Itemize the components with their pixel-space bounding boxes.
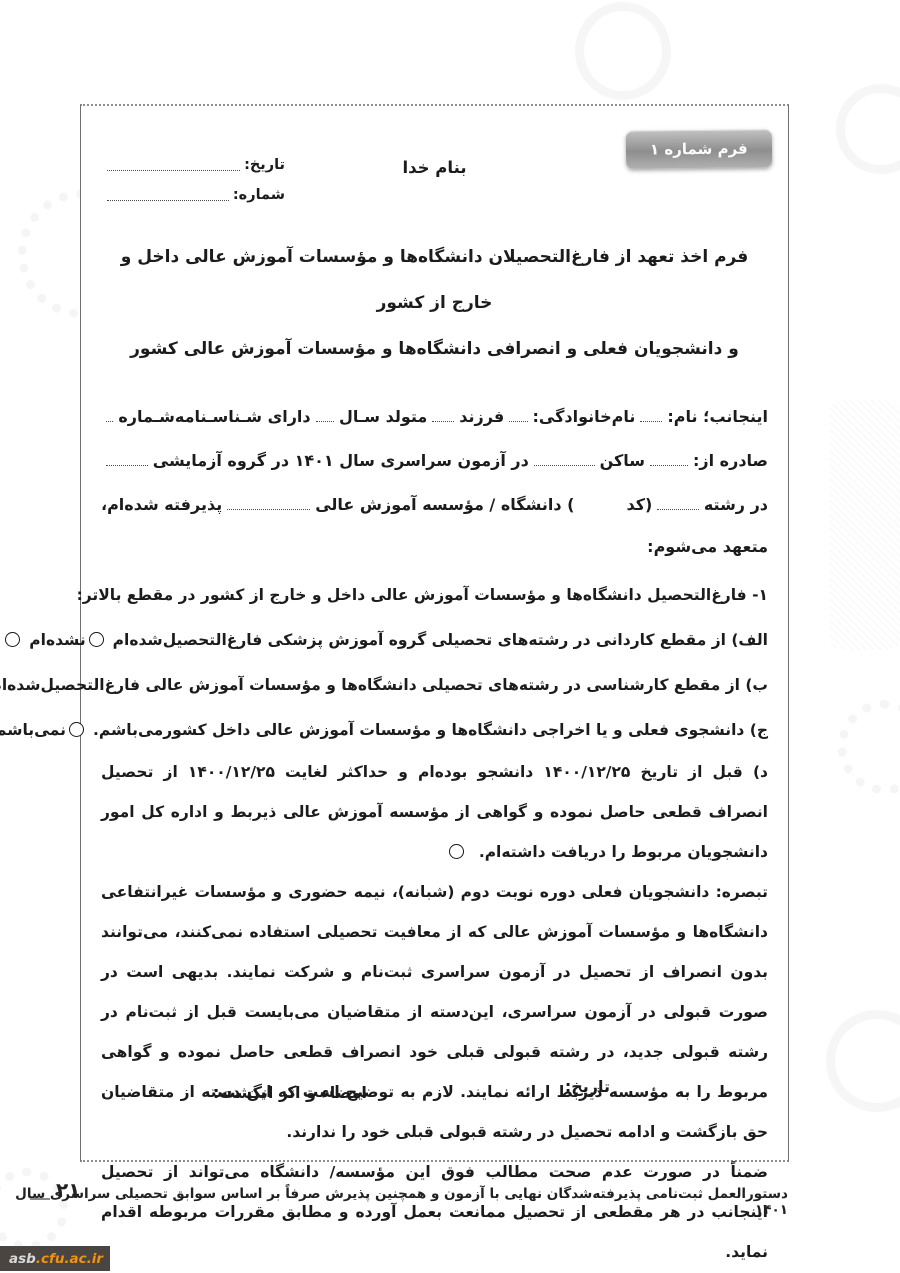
pledge-line: متعهد می‌شوم:: [101, 526, 768, 566]
option-a-yes-checkbox: [89, 632, 104, 647]
identity-row-2: صادره از: ساکن در آزمون سراسری سال ۱۴۰۱ …: [101, 438, 768, 482]
ghost-bleed: [830, 400, 900, 650]
identity-row-3: در رشته (کد ) دانشگاه / مؤسسه آموزش عالی…: [101, 482, 768, 526]
commitment-d-text: د) قبل از تاریخ ۱۴۰۰/۱۲/۲۵ دانشجو بوده‌ا…: [101, 763, 768, 861]
signature-date-label: تاریخ:: [565, 1077, 610, 1096]
form-title-line2: و دانشجویان فعلی و انصرافی دانشگاه‌ها و …: [101, 326, 768, 372]
option-b-text: ب) از مقطع کارشناسی در رشته‌های تحصیلی د…: [41, 676, 768, 694]
family-name-blank-field: [509, 420, 527, 422]
commitment-item-d: د) قبل از تاریخ ۱۴۰۰/۱۲/۲۵ دانشجو بوده‌ا…: [101, 752, 768, 872]
option-c-no-label: نمی‌باشم.: [0, 721, 66, 739]
option-line-c: ج) دانشجوی فعلی و یا اخراجی دانشگاه‌ها و…: [101, 707, 768, 752]
identity-row-1: اینجانب؛ نام: نام‌خانوادگی: فرزند متولد …: [101, 394, 768, 438]
resident-blank-field: [534, 464, 595, 466]
scanned-form-page: { "header": { "badge_label": "فرم شماره …: [0, 0, 900, 1273]
father-name-blank-field: [432, 420, 454, 422]
commitment-item-1-text: ۱- فارغ‌التحصیل دانشگاه‌ها و مؤسسات آموز…: [77, 586, 768, 604]
page-number-dash: [30, 1198, 50, 1200]
ghost-emblem: [575, 2, 671, 100]
form-title-line1: فرم اخذ تعهد از فارغ‌التحصیلان دانشگاه‌ه…: [101, 234, 768, 326]
ghost-emblem: [838, 700, 900, 794]
number-label: شماره:: [233, 187, 285, 203]
option-a-no-label: نشده‌ام: [29, 631, 85, 649]
footer-instruction-text: دستورالعمل ثبت‌نامی پذیرفته‌شدگان نهایی …: [0, 1186, 788, 1218]
father-name-label: فرزند: [459, 407, 504, 426]
form-header: فرم شماره ۱ بنام خدا تاریخ: شماره:: [101, 122, 768, 208]
option-c-yes-label: می‌باشم.: [93, 721, 163, 739]
number-row: شماره:: [107, 180, 285, 210]
university-blank-field: [227, 508, 310, 510]
ghost-emblem: [826, 1010, 900, 1112]
id-number-blank-field: [106, 420, 113, 422]
ghost-emblem: [836, 84, 900, 174]
option-a-text: الف) از مقطع کاردانی در رشته‌های تحصیلی …: [163, 631, 768, 649]
commitment-item-1: ۱- فارغ‌التحصیل دانشگاه‌ها و مؤسسات آموز…: [101, 572, 768, 617]
major-label: در رشته: [704, 495, 768, 514]
issued-from-blank-field: [650, 464, 688, 466]
major-blank-field: [657, 508, 699, 510]
site-watermark: asb.cfu.ac.ir: [0, 1246, 110, 1271]
name-label: اینجانب؛ نام:: [667, 407, 768, 426]
option-d-checkbox: [449, 844, 464, 859]
code-open-label: (کد: [626, 495, 652, 514]
option-c-yes-checkbox: [69, 722, 84, 737]
note-paragraph: تبصره: دانشجویان فعلی دوره نوبت دوم (شبا…: [101, 872, 768, 1152]
option-c-text: ج) دانشجوی فعلی و یا اخراجی دانشگاه‌ها و…: [163, 721, 768, 739]
page-number: ۲۱: [56, 1178, 80, 1202]
option-line-b: ب) از مقطع کارشناسی در رشته‌های تحصیلی د…: [101, 662, 768, 707]
commitments-list: ۱- فارغ‌التحصیل دانشگاه‌ها و مؤسسات آموز…: [101, 572, 768, 752]
number-blank-field: [107, 199, 229, 201]
form-frame: فرم شماره ۱ بنام خدا تاریخ: شماره: فرم ا…: [80, 104, 789, 1162]
note-label: تبصره:: [716, 883, 768, 901]
name-blank-field: [640, 420, 662, 422]
watermark-prefix: asb: [9, 1251, 36, 1267]
date-row: تاریخ:: [107, 150, 285, 180]
family-name-label: نام‌خانوادگی:: [533, 407, 636, 426]
note-body-text: دانشجویان فعلی دوره نوبت دوم (شبانه)، نی…: [101, 883, 768, 1141]
issued-from-label: صادره از:: [693, 451, 768, 470]
option-a-yes-label: شده‌ام: [113, 631, 163, 649]
birth-year-label: متولد سـال: [339, 407, 427, 426]
date-blank-field: [107, 169, 240, 171]
exam-group-blank-field: [106, 464, 148, 466]
signature-fingerprint-label: امضاء و اثر انگشت:: [213, 1083, 367, 1102]
exam-group-label: در آزمون سراسری سال ۱۴۰۱ در گروه آزمایشی: [153, 451, 529, 470]
date-number-block: تاریخ: شماره:: [107, 150, 285, 210]
form-title: فرم اخذ تعهد از فارغ‌التحصیلان دانشگاه‌ه…: [101, 234, 768, 372]
watermark-suffix: .cfu.ac.ir: [36, 1251, 103, 1267]
date-label: تاریخ:: [244, 157, 285, 173]
birth-year-blank-field: [316, 420, 334, 422]
identity-fields: اینجانب؛ نام: نام‌خانوادگی: فرزند متولد …: [101, 394, 768, 566]
id-number-label: دارای شـناسـنامه‌شـماره: [118, 407, 310, 426]
resident-label: ساکن: [600, 451, 645, 470]
option-line-a: الف) از مقطع کاردانی در رشته‌های تحصیلی …: [101, 617, 768, 662]
option-a-no-checkbox: [5, 632, 20, 647]
admitted-label: پذیرفته شده‌ام،: [101, 495, 222, 514]
university-label: ) دانشگاه / مؤسسه آموزش عالی: [315, 495, 574, 514]
pledge-label: متعهد می‌شوم:: [647, 537, 768, 556]
option-b-yes-label: شده‌ام: [0, 676, 41, 694]
